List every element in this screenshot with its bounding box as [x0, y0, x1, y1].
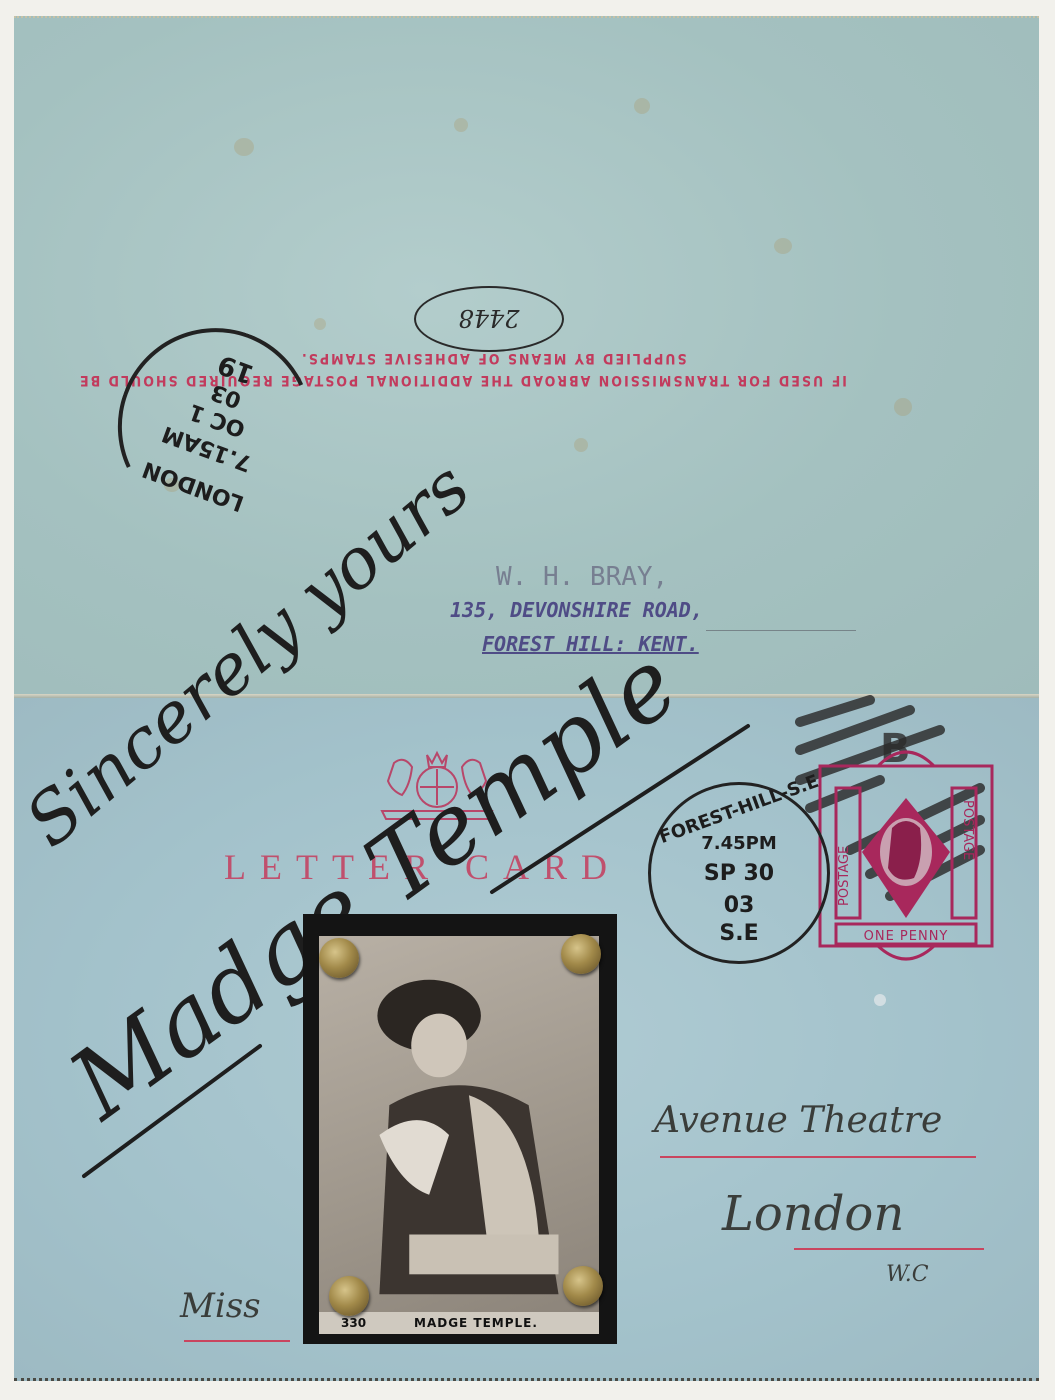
portrait-figure: [319, 936, 599, 1334]
address-rule: [184, 1340, 290, 1342]
stamp-postage-right: POSTAGE: [960, 800, 975, 860]
stamp-postage-left: POSTAGE: [837, 846, 852, 906]
foxing-spot: [314, 318, 326, 330]
foxing-spot: [634, 98, 650, 114]
address-salutation: Miss: [180, 1286, 261, 1326]
address-line2: London: [722, 1186, 904, 1242]
postmark-fh-district: S.E: [651, 921, 827, 946]
brass-rivet-icon: [561, 934, 601, 974]
reference-number-oval: 2448: [414, 286, 564, 352]
photo-card: 330 MADGE TEMPLE.: [303, 914, 617, 1344]
reference-number: 2448: [416, 288, 562, 348]
photo-card-caption: MADGE TEMPLE.: [414, 1316, 538, 1330]
sender-name: W. H. BRAY,: [496, 562, 668, 592]
foxing-spot: [454, 118, 468, 132]
address-rule: [794, 1248, 984, 1250]
photo-caption-bar: 330 MADGE TEMPLE.: [319, 1312, 599, 1334]
foxing-spot: [574, 438, 588, 452]
photo-portrait: 330 MADGE TEMPLE.: [319, 936, 599, 1334]
stamp-value: ONE PENNY: [864, 929, 949, 944]
foxing-spot: [774, 238, 792, 254]
brass-rivet-icon: [319, 938, 359, 978]
postmark-fh-year: 03: [651, 893, 827, 918]
foxing-spot: [234, 138, 254, 156]
sender-street: 135, DEVONSHIRE ROAD,: [450, 598, 703, 622]
foxing-spot: [894, 398, 912, 416]
brass-rivet-icon: [563, 1266, 603, 1306]
address-rule: [660, 1156, 976, 1158]
address-line1: Avenue Theatre: [654, 1100, 942, 1141]
postmark-forest-hill: FOREST-HILL-S.E 7.45PM SP 30 03 S.E: [648, 782, 830, 964]
printed-notice-line2: SUPPLIED BY MEANS OF ADHESIVE STAMPS.: [300, 350, 687, 366]
postmark-fh-time: 7.45PM: [651, 833, 827, 854]
sender-town: FOREST HILL: KENT.: [482, 632, 699, 656]
brass-rivet-icon: [329, 1276, 369, 1316]
paper-mark: [874, 994, 886, 1006]
pencil-line: [706, 630, 856, 631]
address-line3: W.C: [886, 1262, 929, 1287]
photo-card-number: 330: [341, 1316, 366, 1330]
one-penny-stamp: POSTAGE POSTAGE ONE PENNY: [818, 748, 994, 970]
postmark-fh-date: SP 30: [651, 861, 827, 886]
